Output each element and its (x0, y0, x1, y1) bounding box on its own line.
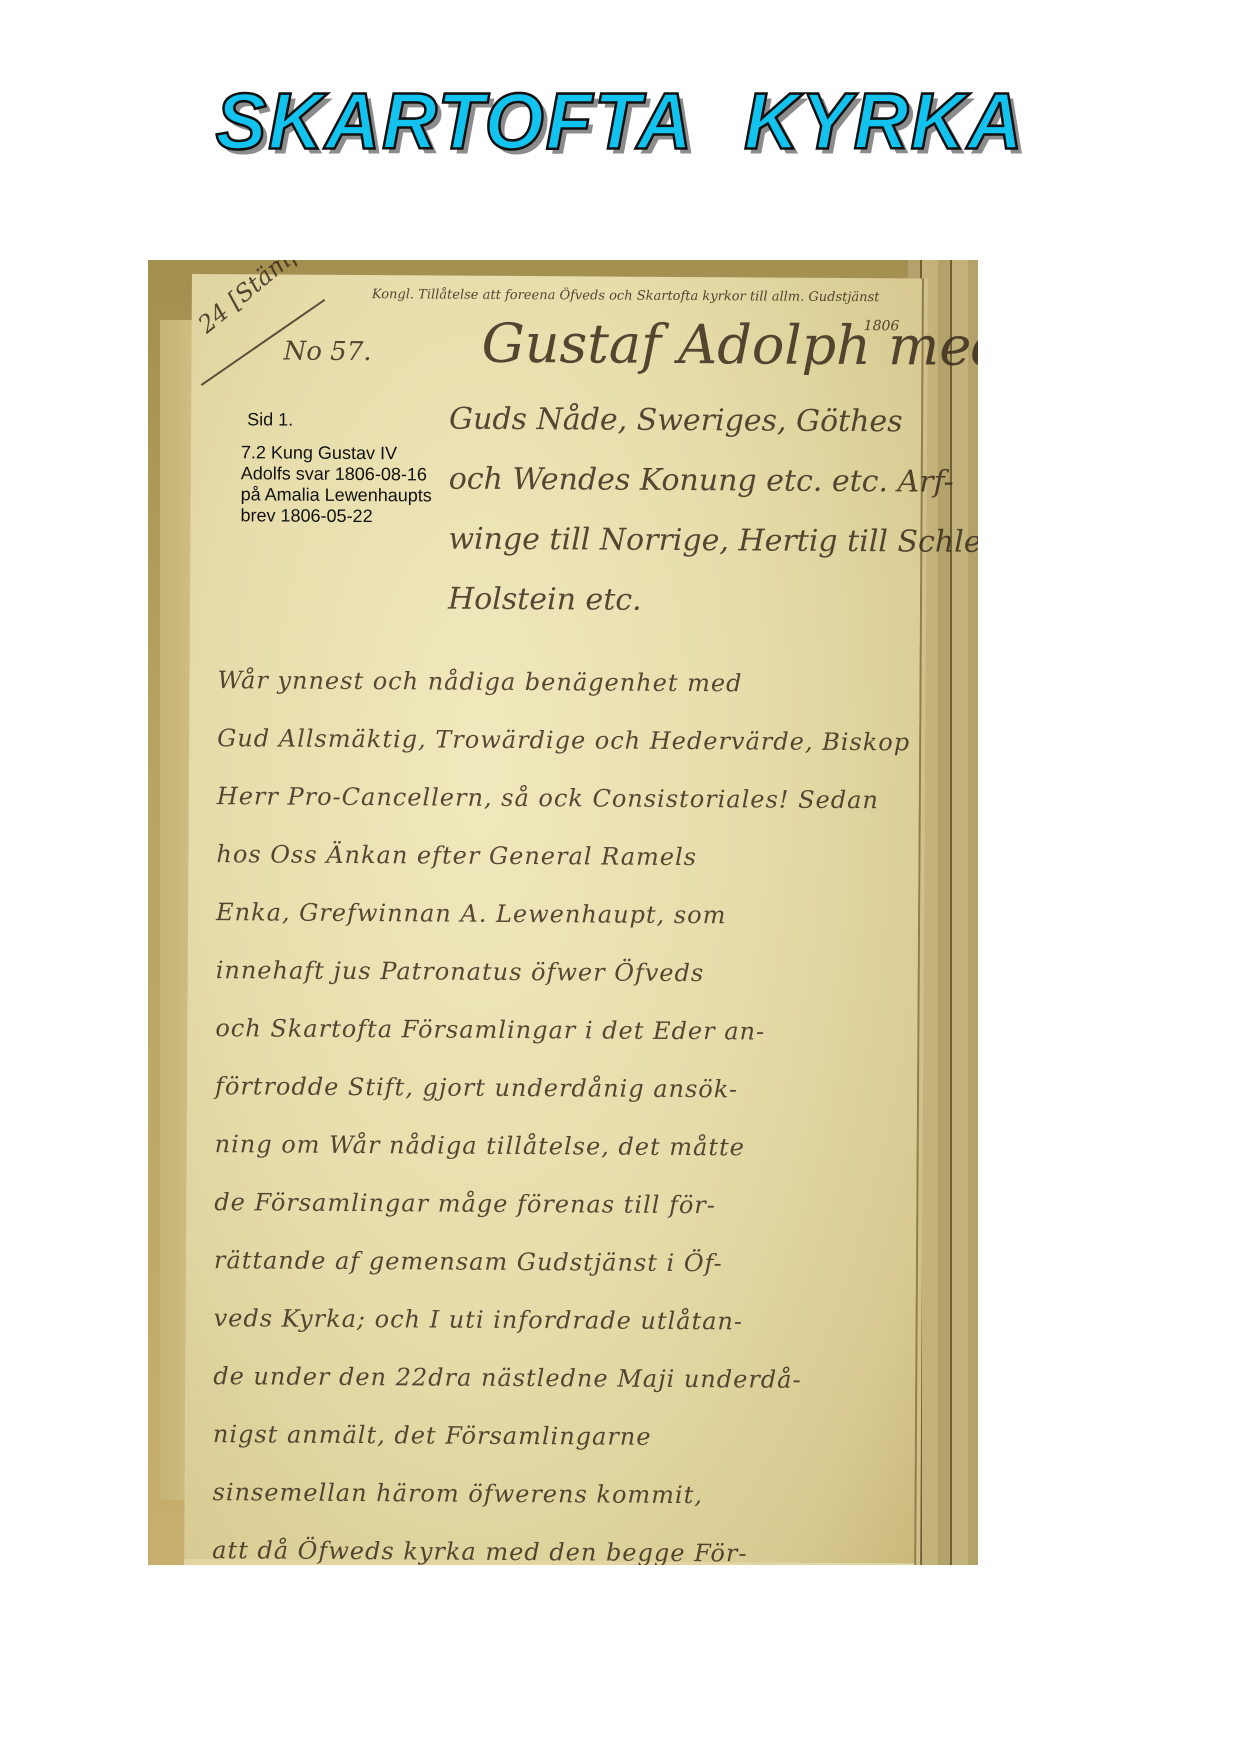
letter-heading: Gustaf Adolph med (481, 312, 978, 378)
body-line: förtrodde Stift, gjort underdånig ansök- (215, 1072, 738, 1103)
body-line: Gud Allsmäktig, Trowärdige och Hedervärd… (217, 724, 910, 756)
body-line: nigst anmält, det Församlingarne (213, 1420, 652, 1451)
body-line: Herr Pro-Cancellern, så ock Consistorial… (217, 782, 879, 814)
body-line: ning om Wår nådiga tillåtelse, det måtte (215, 1130, 745, 1161)
body-line: Wår ynnest och nådiga benägenhet med (217, 666, 742, 697)
body-line: och Skartofta Församlingar i det Eder an… (215, 1014, 765, 1045)
intro-line: Guds Nåde, Sweriges, Göthes (449, 402, 903, 440)
intro-line: Holstein etc. (448, 582, 642, 618)
caption-line: Adolfs svar 1806-08-16 (241, 463, 432, 485)
top-note: Kongl. Tillåtelse att foreena Öfveds och… (372, 287, 880, 305)
letter-page: Kongl. Tillåtelse att foreena Öfveds och… (183, 274, 922, 1565)
document-number: No 57. (283, 337, 371, 368)
caption-box: Sid 1. 7.2 Kung Gustav IV Adolfs svar 18… (240, 409, 432, 527)
page-title: SKARTOFTA KYRKA (0, 76, 1240, 167)
margin-note: 24 [Stämpel] (193, 260, 332, 339)
body-line: att då Öfweds kyrka med den begge För- (212, 1536, 747, 1565)
body-line: Enka, Grefwinnan A. Lewenhaupt, som (216, 898, 726, 929)
body-line: rättande af gemensam Gudstjänst i Öf- (214, 1246, 723, 1277)
body-line: hos Oss Änkan efter General Ramels (216, 840, 697, 871)
body-line: innehaft jus Patronatus öfwer Öfveds (216, 956, 705, 987)
caption-page: Sid 1. (247, 409, 432, 431)
caption-line: på Amalia Lewenhaupts (241, 484, 432, 506)
body-line: de under den 22dra nästledne Maji underd… (213, 1362, 802, 1394)
intro-line: winge till Norrige, Hertig till Schleswi… (448, 522, 978, 561)
caption-line: 7.2 Kung Gustav IV (241, 442, 432, 464)
body-line: veds Kyrka; och I uti infordrade utlåtan… (214, 1304, 744, 1335)
intro-line: och Wendes Konung etc. etc. Arf- (449, 462, 954, 500)
body-line: sinsemellan härom öfwerens kommit, (212, 1478, 703, 1509)
document-photo: Kongl. Tillåtelse att foreena Öfveds och… (148, 260, 978, 1565)
body-line: de Församlingar måge förenas till för- (214, 1188, 716, 1219)
caption-line: brev 1806-05-22 (240, 505, 431, 527)
